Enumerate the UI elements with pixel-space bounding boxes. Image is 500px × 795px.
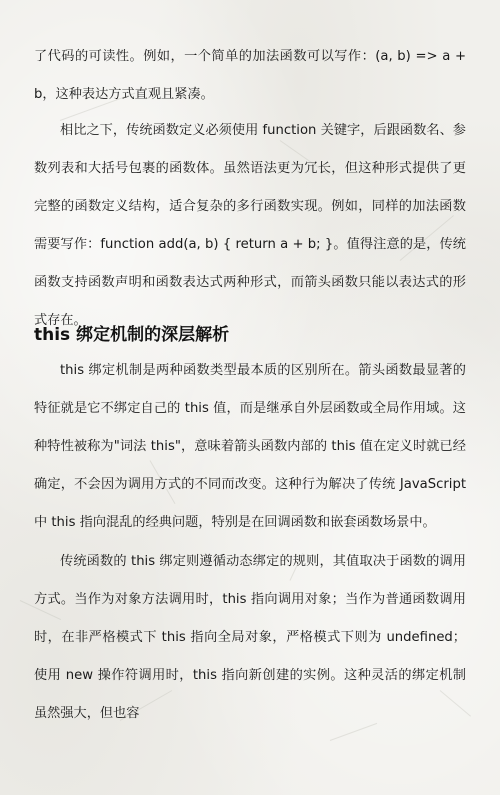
section-heading: this 绑定机制的深层解析 <box>34 322 229 348</box>
paragraph-arrow-this-binding: this 绑定机制是两种函数类型最本质的区别所在。箭头函数最显著的特征就是它不绑… <box>34 352 466 542</box>
paragraph-traditional-this-binding: 传统函数的 this 绑定则遵循动态绑定的规则，其值取决于函数的调用方式。当作为… <box>34 543 466 733</box>
paragraph-traditional-function: 相比之下，传统函数定义必须使用 function 关键字，后跟函数名、参数列表和… <box>34 112 466 340</box>
paragraph-arrow-function-example: 了代码的可读性。例如，一个简单的加法函数可以写作：(a, b) => a + b… <box>34 38 466 114</box>
